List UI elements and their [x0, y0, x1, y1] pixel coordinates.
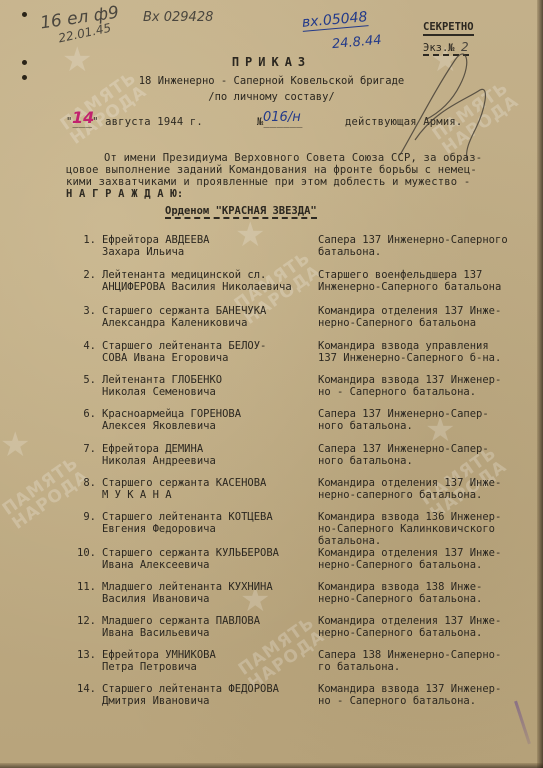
recipient-number: 8. — [70, 477, 96, 489]
recipient-name: Красноармейца ГОРЕНОВА Алексея Яковлевич… — [102, 408, 241, 432]
ink-mark — [514, 701, 531, 745]
incoming-date-stamp: 24.8.44 — [331, 33, 382, 52]
recipient-name: Старшего лейтенанта БЕЛОУ- СОВА Ивана Ег… — [102, 340, 266, 364]
secret-stamp: СЕКРЕТНО — [423, 21, 474, 36]
watermark-star-icon: ★ — [235, 215, 265, 255]
binder-hole — [22, 12, 27, 17]
watermark-star-icon: ★ — [0, 425, 30, 465]
award-verb: Н А Г Р А Ж Д А Ю: — [66, 188, 183, 200]
recipient-name: Лейтенанта медицинской сл. АНЦИФЕРОВА Ва… — [102, 269, 292, 293]
paper-edge — [0, 763, 543, 768]
recipient-name: Старшего лейтенанта КОТЦЕВА Евгения Федо… — [102, 511, 273, 535]
recipient-number: 13. — [70, 649, 96, 661]
recipient-position: Сапера 137 Инженерно-Саперного батальона… — [318, 234, 508, 258]
recipient-number: 10. — [70, 547, 96, 559]
recipient-name: Ефрейтора АВДЕЕВА Захара Ильича — [102, 234, 209, 258]
recipient-position: Командира взвода 138 Инже- нерно-Саперно… — [318, 581, 482, 605]
recipient-position: Командира взвода 137 Инженер- но - Сапер… — [318, 683, 501, 707]
recipient-position: Командира взвода управления 137 Инженерн… — [318, 340, 501, 364]
recipient-number: 9. — [70, 511, 96, 523]
recipient-name: Старшего сержанта КАСЕНОВА М У К А Н А — [102, 477, 266, 501]
recipient-name: Старшего лейтенанта ФЕДОРОВА Дмитрия Ива… — [102, 683, 279, 707]
preamble-line-2: цовое выполнение заданий Командования на… — [66, 164, 477, 176]
recipient-position: Сапера 137 Инженерно-Сапер- ного батальо… — [318, 408, 489, 432]
recipient-position: Командира взвода 136 Инженер- но-Саперно… — [318, 511, 501, 547]
incoming-number-pencil: Вх 029428 — [143, 10, 213, 25]
recipient-name: Лейтенанта ГЛОБЕНКО Николая Семеновича — [102, 374, 222, 398]
recipient-number: 1. — [70, 234, 96, 246]
recipient-name: Младшего лейтенанта КУХНИНА Василия Иван… — [102, 581, 273, 605]
paper-edge — [537, 0, 543, 768]
preamble-line-3: кими захватчиками и проявленные при этом… — [66, 176, 470, 188]
recipient-name: Младшего сержанта ПАВЛОВА Ивана Васильев… — [102, 615, 260, 639]
recipient-number: 4. — [70, 340, 96, 352]
recipient-name: Ефрейтора УМНИКОВА Петра Петровича — [102, 649, 216, 673]
recipient-position: Командира отделения 137 Инже- нерно-сапе… — [318, 477, 501, 501]
recipient-position: Командира отделения 137 Инже- нерно-Сапе… — [318, 305, 501, 329]
signature — [395, 40, 495, 160]
recipient-position: Командира отделения 137 Инже- нерно-Сапе… — [318, 547, 501, 571]
recipient-name: Старшего сержанта БАНЕЧУКА Александра Ка… — [102, 305, 266, 329]
recipient-number: 11. — [70, 581, 96, 593]
award-title: Орденом "КРАСНАЯ ЗВЕЗДА" — [165, 205, 317, 219]
recipient-number: 5. — [70, 374, 96, 386]
recipient-number: 3. — [70, 305, 96, 317]
recipient-number: 6. — [70, 408, 96, 420]
day-handwritten: 14 — [72, 108, 94, 127]
recipient-name: Ефрейтора ДЕМИНА Николая Андреевича — [102, 443, 216, 467]
recipient-position: Старшего военфельдшера 137 Инженерно-Сап… — [318, 269, 501, 293]
recipient-number: 2. — [70, 269, 96, 281]
recipient-number: 7. — [70, 443, 96, 455]
recipient-position: Командира отделения 137 Инже- нерно-Сапе… — [318, 615, 501, 639]
incoming-number-stamp: вх.05048 — [301, 9, 368, 32]
recipient-position: Сапера 137 Инженерно-Сапер- ного батальо… — [318, 443, 489, 467]
recipient-name: Старшего сержанта КУЛЬБЕРОВА Ивана Алекс… — [102, 547, 279, 571]
order-number-hand: 016/н — [263, 110, 301, 125]
recipient-number: 12. — [70, 615, 96, 627]
recipient-number: 14. — [70, 683, 96, 695]
recipient-position: Сапера 138 Инженерно-Саперно- го батальо… — [318, 649, 501, 673]
recipient-position: Командира взвода 137 Инженер- но - Сапер… — [318, 374, 501, 398]
document-page: ★ ПАМЯТЬНАРОДА ★ ПАМЯТЬНАРОДА ★ ПАМЯТЬНА… — [0, 0, 543, 768]
